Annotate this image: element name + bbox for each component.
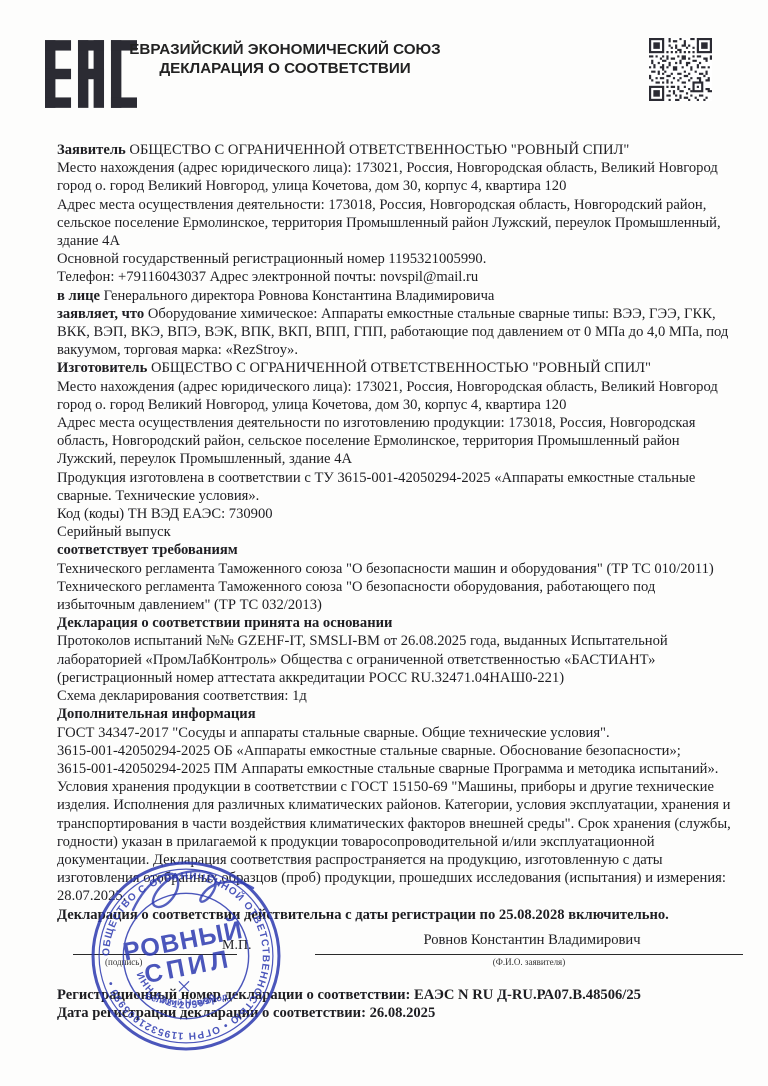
additional-line: 3615-001-42050294-2025 ОБ «Аппараты емко… xyxy=(57,742,736,760)
in-person-label: в лице xyxy=(57,288,100,304)
qr-code-icon xyxy=(649,38,712,101)
document-body: Заявитель ОБЩЕСТВО С ОГРАНИЧЕННОЙ ОТВЕТС… xyxy=(57,141,736,1022)
additional-label: Дополнительная информация xyxy=(57,705,736,723)
signature-caption: (подпись) xyxy=(105,957,142,967)
applicant-line: Заявитель ОБЩЕСТВО С ОГРАНИЧЕННОЙ ОТВЕТС… xyxy=(57,141,736,159)
title-declaration: ДЕКЛАРАЦИЯ О СООТВЕТСТВИИ xyxy=(100,59,470,78)
compliance-label: соответствует требованиям xyxy=(57,541,736,559)
compliance-item: Технического регламента Таможенного союз… xyxy=(57,578,736,614)
tnved-code: Код (коды) ТН ВЭД ЕАЭС: 730900 xyxy=(57,505,736,523)
manufacturer-line: Изготовитель ОБЩЕСТВО С ОГРАНИЧЕННОЙ ОТВ… xyxy=(57,359,736,377)
additional-line: Условия хранения продукции в соответстви… xyxy=(57,778,736,905)
applicant-in-person: в лице Генерального директора Ровнова Ко… xyxy=(57,287,736,305)
page-title: ЕВРАЗИЙСКИЙ ЭКОНОМИЧЕСКИЙ СОЮЗ ДЕКЛАРАЦИ… xyxy=(100,40,470,78)
stamp-place-label: М.П. xyxy=(222,938,252,954)
title-union: ЕВРАЗИЙСКИЙ ЭКОНОМИЧЕСКИЙ СОЮЗ xyxy=(100,40,470,59)
signature-block: (подпись) М.П. Ровнов Константин Владими… xyxy=(57,928,736,986)
applicant-label: Заявитель xyxy=(57,142,126,158)
declares-label: заявляет, что xyxy=(57,306,144,322)
compliance-item: Технического регламента Таможенного союз… xyxy=(57,560,736,578)
additional-line: 3615-001-42050294-2025 ПМ Аппараты емкос… xyxy=(57,760,736,778)
manufacturer-address-legal: Место нахождения (адрес юридического лиц… xyxy=(57,378,736,414)
validity-statement: Декларация о соответствии действительна … xyxy=(57,906,736,924)
basis-label: Декларация о соответствии принята на осн… xyxy=(57,614,736,632)
fio-line xyxy=(315,954,743,955)
release-type: Серийный выпуск xyxy=(57,523,736,541)
applicant-address-activity: Адрес места осуществления деятельности: … xyxy=(57,196,736,251)
additional-line: ГОСТ 34347-2017 "Сосуды и аппараты сталь… xyxy=(57,724,736,742)
manufacturer-address-production: Адрес места осуществления деятельности п… xyxy=(57,414,736,469)
applicant-ogrn: Основной государственный регистрационный… xyxy=(57,250,736,268)
registration-number: Регистрационный номер декларации о соотв… xyxy=(57,986,736,1004)
fio-caption: (Ф.И.О. заявителя) xyxy=(315,957,743,967)
manufacturer-label: Изготовитель xyxy=(57,360,147,376)
declaration-document: ЕВРАЗИЙСКИЙ ЭКОНОМИЧЕСКИЙ СОЮЗ ДЕКЛАРАЦИ… xyxy=(0,0,768,1086)
manufacturer-made-per: Продукция изготовлена в соответствии с Т… xyxy=(57,469,736,505)
applicant-fio: Ровнов Константин Владимирович xyxy=(312,932,752,949)
declares-paragraph: заявляет, что Оборудование химическое: А… xyxy=(57,305,736,360)
signature-line xyxy=(73,954,237,955)
basis-scheme: Схема декларирования соответствия: 1д xyxy=(57,687,736,705)
applicant-address-legal: Место нахождения (адрес юридического лиц… xyxy=(57,159,736,195)
basis-protocols: Протоколов испытаний №№ GZEHF-IT, SMSLI-… xyxy=(57,632,736,687)
applicant-phone-email: Телефон: +79116043037 Адрес электронной … xyxy=(57,268,736,286)
registration-date: Дата регистрации декларации о соответств… xyxy=(57,1004,736,1022)
